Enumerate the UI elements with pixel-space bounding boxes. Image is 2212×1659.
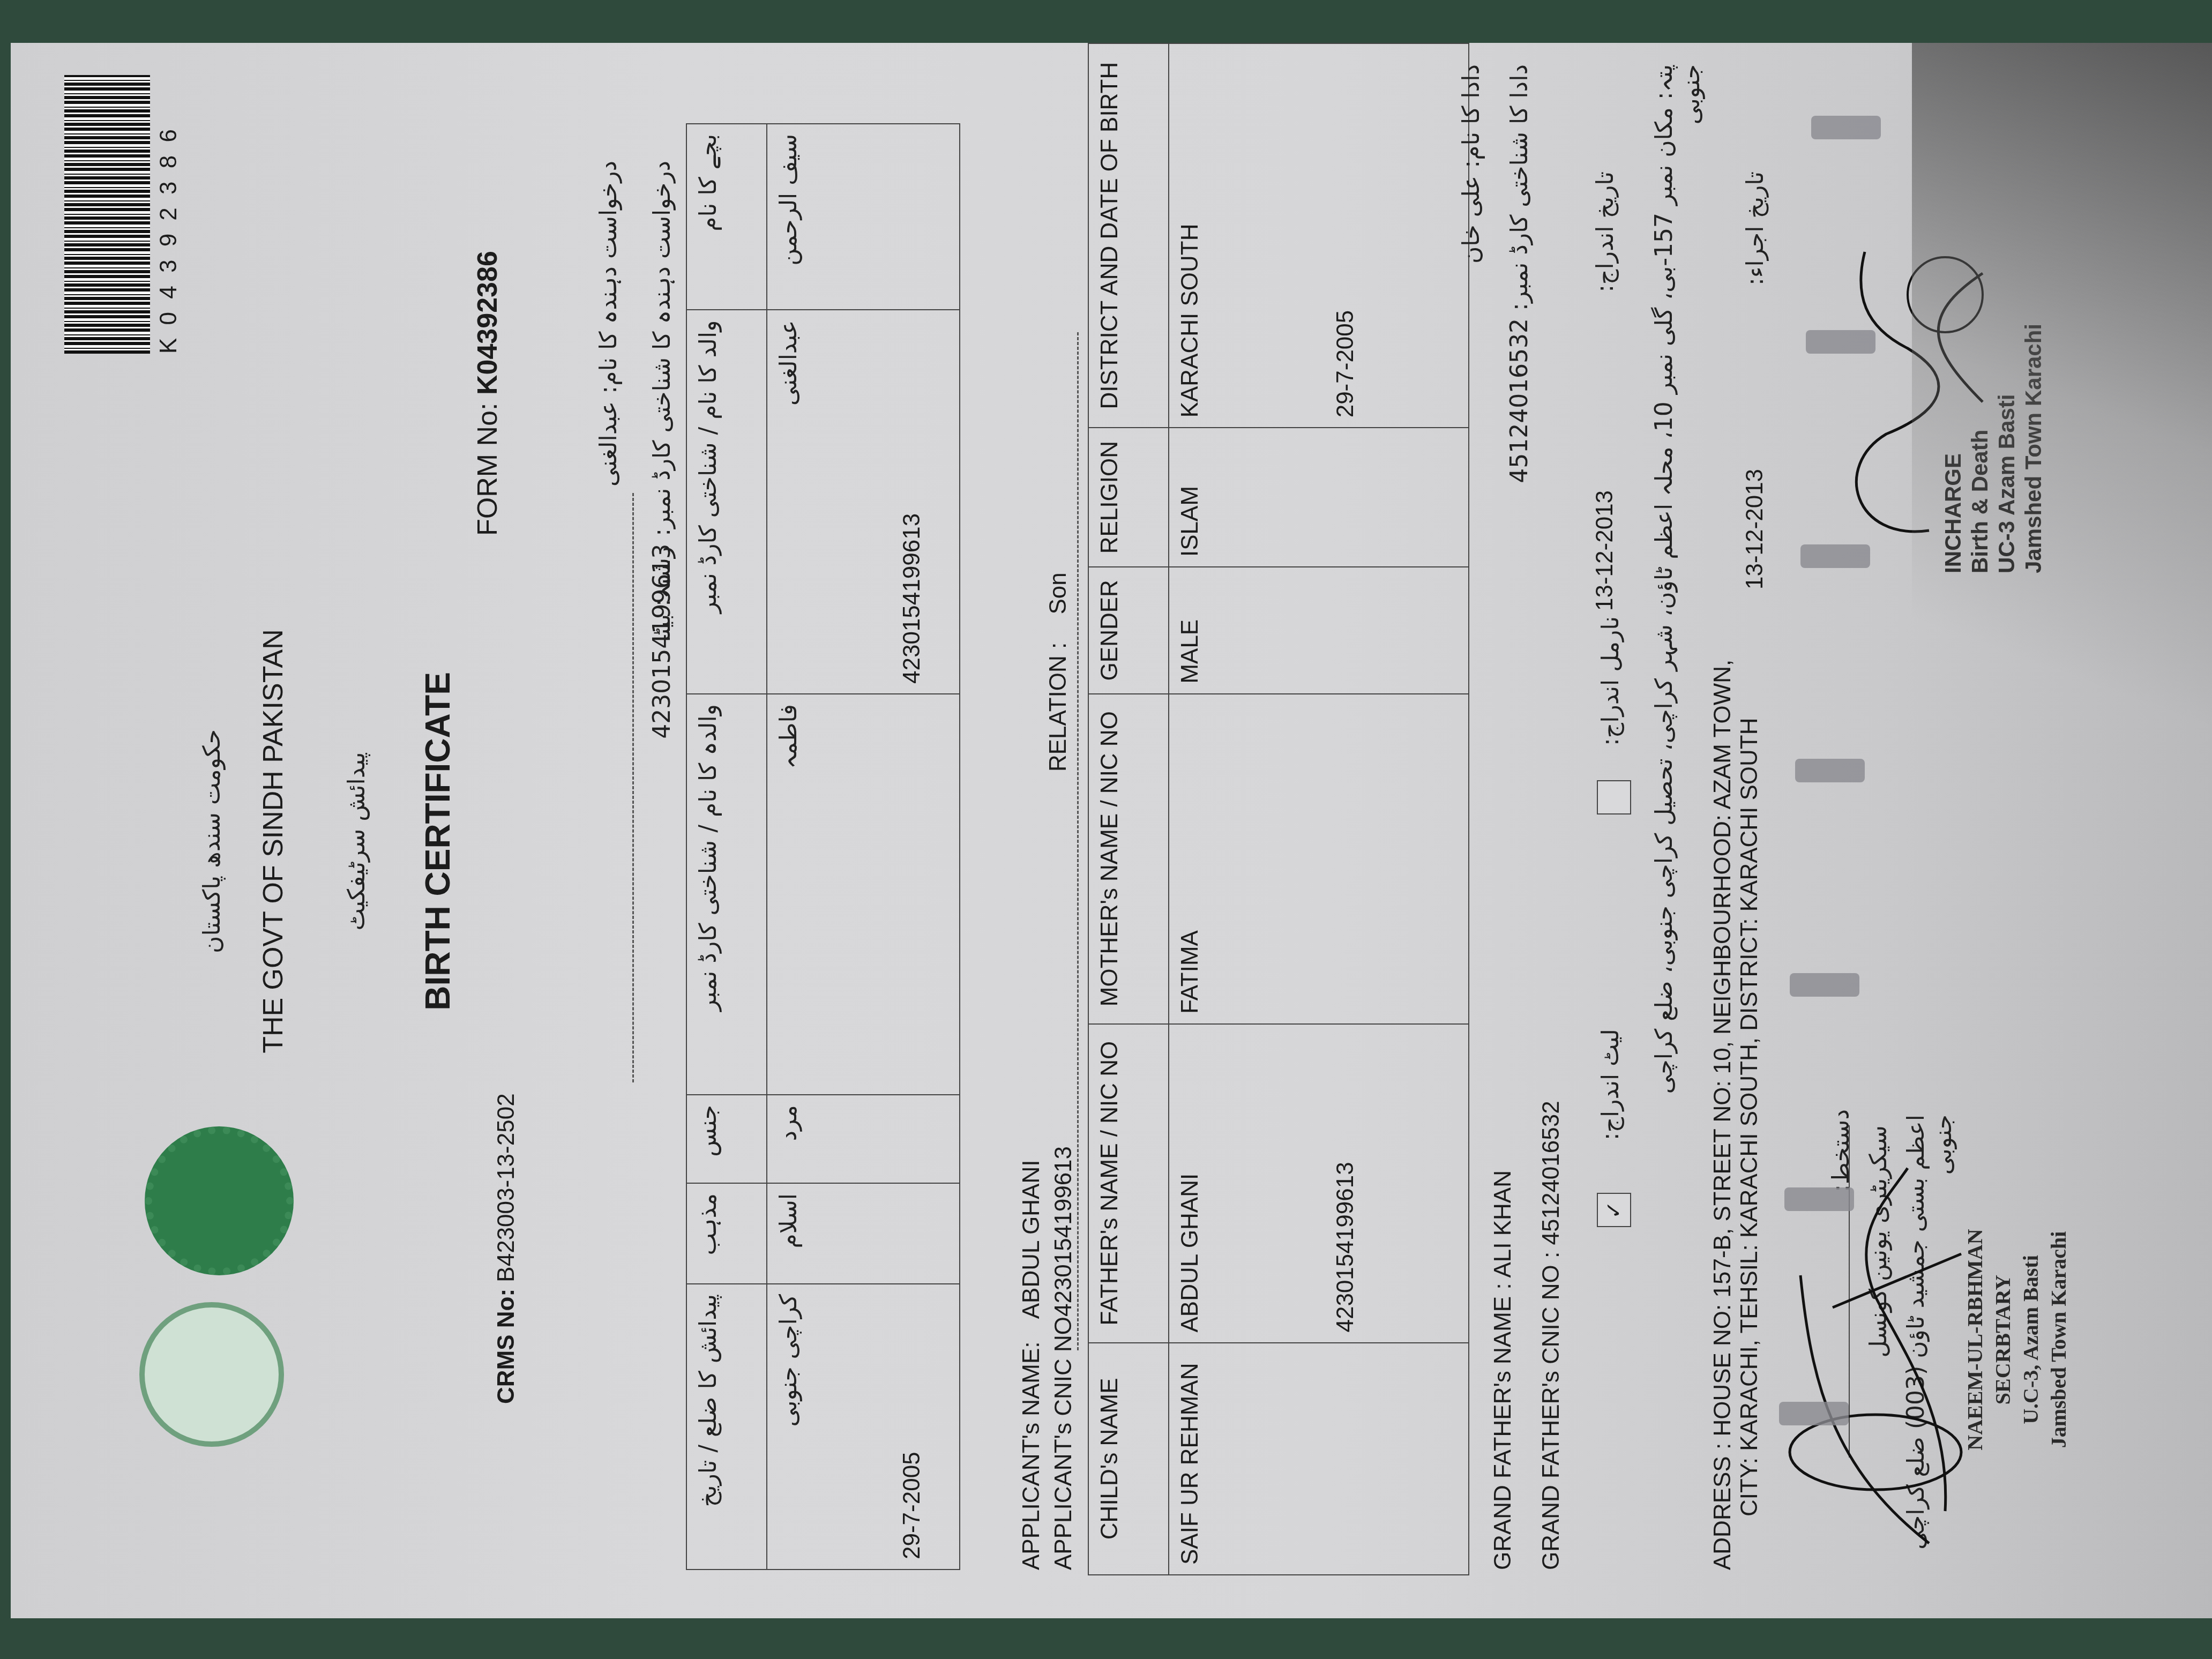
binder-hole — [1779, 1402, 1849, 1425]
govt-urdu: حکومت سندھ پاکستان — [198, 654, 226, 1029]
urdu-grandfather-cnic: دادا کا شناختی کارڈ نمبر: 45124016532 — [1506, 64, 1533, 600]
binder-hole — [1806, 330, 1875, 354]
header-child-name: CHILD's NAME — [1088, 1343, 1169, 1575]
urdu-header-religion: مذہب — [686, 1183, 767, 1284]
issue-date: 13-12-2013 — [1742, 469, 1768, 589]
crms-number: CRMS No: B423003-13-2502 — [493, 1093, 520, 1404]
urdu-cell-religion: اسلام — [767, 1183, 960, 1284]
urdu-cell-mother: فاطمہ — [767, 694, 960, 1095]
urdu-cell-father: عبدالغنی 4230154199613 — [767, 310, 960, 694]
urdu-header-mother: والدہ کا نام / شناختی کارڈ نمبر — [686, 694, 767, 1095]
certificate-paper: K 0 4 3 9 2 3 8 6 FORM No: K04392386 درخ… — [11, 43, 2212, 1618]
address-line-2: CITY: KARACHI, TEHSIL: KARACHI SOUTH, DI… — [1736, 718, 1763, 1516]
binder-hole — [1784, 1187, 1854, 1211]
binder-hole — [1800, 544, 1870, 568]
urdu-header-dob: پیدائش کا ضلع / تاریخ — [686, 1284, 767, 1570]
barcode-text: K 0 4 3 9 2 3 8 6 — [155, 75, 182, 354]
urdu-cell-gender: مرد — [767, 1095, 960, 1183]
grandfather-name: GRAND FATHER's NAME : ALI KHAN — [1490, 1170, 1516, 1570]
form-number: FORM No: K04392386 — [472, 251, 504, 536]
applicant-cnic: APPLICANT's CNIC NO4230154199613 — [1050, 1146, 1077, 1570]
binder-hole — [1811, 116, 1881, 139]
dashed-line — [632, 493, 634, 1082]
issue-date-label: تاریخ اجراء: — [1742, 171, 1769, 386]
header-religion: RELIGION — [1088, 428, 1169, 567]
cell-mother: FATIMA — [1169, 694, 1469, 1024]
sindh-seal-icon — [139, 1302, 284, 1447]
urdu-table: پیدائش کا ضلع / تاریخ مذہب جنس والدہ کا … — [686, 123, 960, 1570]
header-gender: GENDER — [1088, 567, 1169, 694]
cell-district-dob: KARACHI SOUTH 29-7-2005 — [1169, 43, 1469, 428]
dashed-line — [1077, 332, 1079, 1350]
title-urdu: پیدائش سرٹیفکیٹ — [343, 654, 370, 1029]
address-line-1: ADDRESS : HOUSE NO: 157-B, STREET NO: 10… — [1709, 660, 1736, 1570]
cell-religion: ISLAM — [1169, 428, 1469, 567]
urdu-grandfather-name: دادا کا نام: علی خان — [1458, 64, 1485, 439]
registration-date: 13-12-2013 — [1591, 490, 1618, 611]
urdu-cell-dob: کراچی جنوبی 29-7-2005 — [767, 1284, 960, 1570]
english-table: CHILD's NAME FATHER's NAME / NIC NO MOTH… — [1088, 43, 1469, 1575]
header-district-dob: DISTRICT AND DATE OF BIRTH — [1088, 43, 1169, 428]
late-registration-label: لیٹ اندراج: — [1597, 1029, 1624, 1190]
normal-registration-checkbox[interactable] — [1597, 780, 1631, 814]
applicant-relation: RELATION : Son — [1045, 572, 1072, 772]
barcode — [64, 75, 150, 354]
registration-date-label: تاریخ اندراج: — [1591, 171, 1619, 386]
urdu-address: پتہ: مکان نمبر 157-بی، گلی نمبر 10، محلہ… — [1650, 64, 1705, 1136]
header-mother-name: MOTHER's NAME / NIC NO — [1088, 694, 1169, 1024]
grandfather-cnic: GRAND FATHER's CNIC NO : 45124016532 — [1538, 1101, 1565, 1570]
cell-child-name: SAIF UR REHMAN — [1169, 1343, 1469, 1575]
certificate-page: K 0 4 3 9 2 3 8 6 FORM No: K04392386 درخ… — [11, 43, 2212, 1618]
binder-hole — [1795, 759, 1865, 782]
urdu-header-father: والد کا نام / شناختی کارڈ نمبر — [686, 310, 767, 694]
binder-hole — [1790, 973, 1859, 997]
cell-father: ABDUL GHANI 4230154199613 — [1169, 1024, 1469, 1343]
incharge-signature-icon — [1822, 198, 2015, 573]
cell-gender: MALE — [1169, 567, 1469, 694]
secretary-signature-icon — [1768, 1093, 1993, 1575]
header-father-name: FATHER's NAME / NIC NO — [1088, 1024, 1169, 1343]
urdu-header-gender: جنس — [686, 1095, 767, 1183]
page-title: BIRTH CERTIFICATE — [418, 600, 458, 1082]
urdu-header-child: بچے کا نام — [686, 124, 767, 310]
late-registration-checkbox[interactable]: ✓ — [1597, 1193, 1631, 1227]
normal-registration-label: نارمل اندراج: — [1597, 616, 1624, 777]
govt-title: THE GOVT OF SINDH PAKISTAN — [257, 611, 289, 1072]
urdu-applicant-name: درخواست دہندہ کا نام: عبدالغنی — [595, 161, 622, 814]
applicant-name: APPLICANT's NAME: ABDUL GHANI — [1018, 1160, 1045, 1570]
urdu-relation: رشتہ: بیٹا — [648, 547, 676, 814]
urdu-cell-child: سیف الرحمن — [767, 124, 960, 310]
pakistan-seal-icon — [145, 1126, 294, 1275]
